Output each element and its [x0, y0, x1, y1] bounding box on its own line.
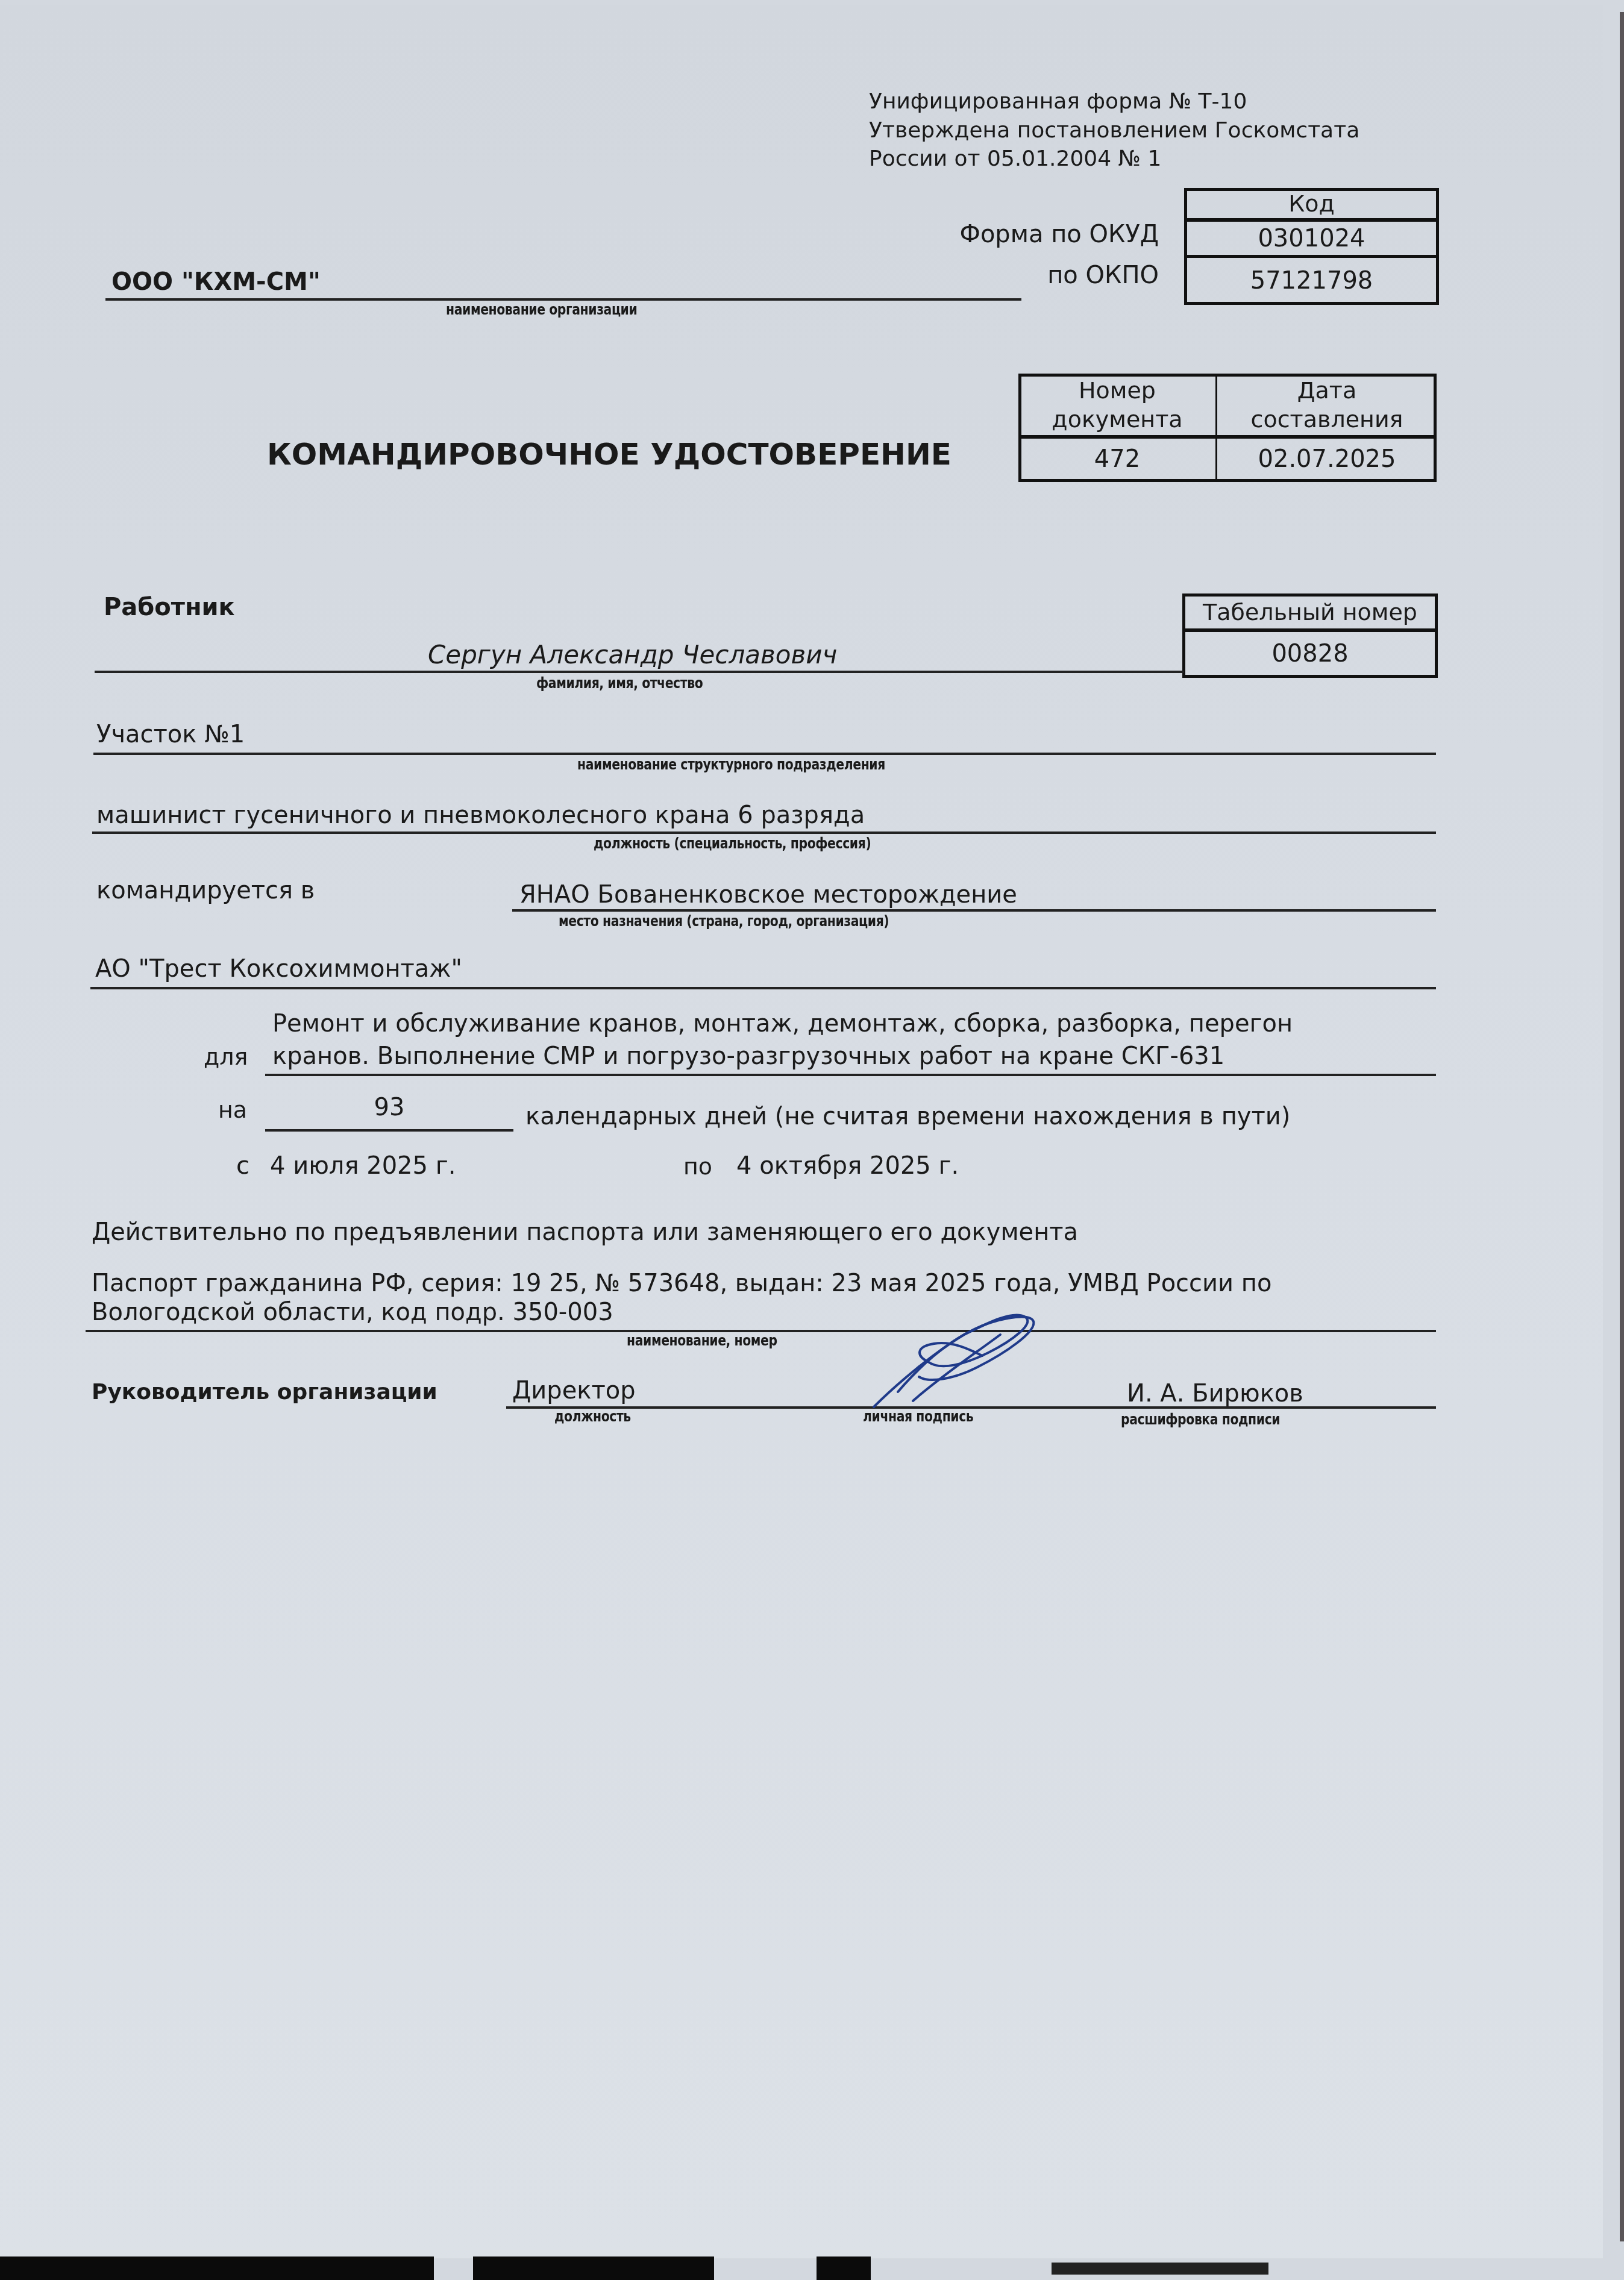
- department-underline: [93, 753, 1436, 755]
- doc-date-header: Дата составления: [1217, 375, 1437, 435]
- form-line-3: России от 05.01.2004 № 1: [869, 146, 1161, 171]
- organization-name: ООО "КХМ-СМ": [111, 268, 321, 296]
- purpose-label: для: [204, 1044, 248, 1070]
- doc-number-label-1: Номер: [1079, 376, 1156, 405]
- scan-artifact: [0, 2257, 434, 2280]
- okpo-value: 57121798: [1184, 258, 1439, 304]
- position-caption: должность (специальность, профессия): [594, 835, 871, 852]
- department-value: Участок №1: [96, 721, 245, 748]
- doc-number-header: Номер документа: [1018, 375, 1216, 435]
- okud-label: Форма по ОКУД: [959, 221, 1159, 248]
- purpose-line-2: кранов. Выполнение СМР и погрузо-разгруз…: [272, 1042, 1224, 1070]
- full-name-caption: фамилия, имя, отчество: [536, 675, 703, 692]
- purpose-line-1: Ремонт и обслуживание кранов, монтаж, де…: [272, 1010, 1293, 1038]
- duration-days: 93: [265, 1094, 513, 1121]
- position-caption: должность: [554, 1408, 631, 1425]
- position-value: машинист гусеничного и пневмоколесного к…: [96, 801, 865, 829]
- duration-label: на: [218, 1097, 247, 1123]
- organization-caption: наименование организации: [446, 301, 637, 318]
- full-name-underline: [95, 671, 1184, 673]
- employee-section-label: Работник: [104, 593, 235, 621]
- from-label: с: [236, 1152, 249, 1180]
- destination-caption: место назначения (страна, город, организ…: [559, 913, 889, 930]
- organization-underline: [105, 298, 1021, 301]
- employee-full-name: Сергун Александр Чеславович: [428, 640, 837, 669]
- okpo-label: по ОКПО: [1047, 262, 1159, 289]
- tab-number-label: Табельный номер: [1182, 597, 1438, 628]
- okud-value: 0301024: [1184, 221, 1439, 257]
- destination-value: ЯНАО Бованенковское месторождение: [519, 881, 1017, 909]
- doc-number-label-2: документа: [1052, 405, 1182, 434]
- head-name: И. А. Бирюков: [1127, 1380, 1303, 1408]
- document-title: КОМАНДИРОВОЧНОЕ УДОСТОВЕРЕНИЕ: [267, 437, 952, 472]
- destination-org-underline: [90, 987, 1436, 989]
- to-label: по: [683, 1153, 712, 1180]
- to-date: 4 октября 2025 г.: [736, 1152, 959, 1180]
- tab-number-value: 00828: [1182, 633, 1438, 675]
- scan-artifact: [473, 2257, 714, 2280]
- scan-artifact: [817, 2257, 871, 2280]
- name-caption: расшифровка подписи: [1121, 1411, 1280, 1428]
- destination-org: АО "Трест Коксохиммонтаж": [95, 955, 462, 983]
- passport-line-1: Паспорт гражданина РФ, серия: 19 25, № 5…: [92, 1270, 1271, 1297]
- code-header: Код: [1184, 188, 1439, 219]
- passport-caption: наименование, номер: [627, 1332, 777, 1349]
- page-edge-shadow: [1620, 12, 1624, 2241]
- doc-number-value: 472: [1018, 439, 1216, 480]
- position-underline: [92, 832, 1436, 834]
- from-date: 4 июля 2025 г.: [270, 1152, 456, 1180]
- divider: [1182, 628, 1438, 632]
- duration-underline: [265, 1129, 513, 1132]
- purpose-underline: [265, 1074, 1436, 1076]
- passport-line-2: Вологодской области, код подр. 350-003: [92, 1298, 613, 1326]
- head-label: Руководитель организации: [92, 1380, 437, 1405]
- sent-to-label: командируется в: [96, 877, 315, 904]
- scan-artifact: [1052, 2263, 1268, 2275]
- doc-date-label-2: составления: [1251, 405, 1403, 434]
- department-caption: наименование структурного подразделения: [577, 756, 885, 773]
- form-line-2: Утверждена постановлением Госкомстата: [869, 118, 1359, 143]
- doc-date-label-1: Дата: [1297, 376, 1356, 405]
- doc-date-value: 02.07.2025: [1217, 439, 1437, 480]
- document-page: [0, 5, 1603, 2258]
- destination-underline: [512, 909, 1436, 912]
- validity-text: Действительно по предъявлении паспорта и…: [92, 1218, 1078, 1246]
- head-position: Директор: [512, 1377, 636, 1405]
- duration-suffix: календарных дней (не считая времени нахо…: [525, 1103, 1290, 1130]
- form-line-1: Унифицированная форма № Т-10: [869, 89, 1247, 114]
- handwritten-signature-icon: [862, 1298, 1042, 1419]
